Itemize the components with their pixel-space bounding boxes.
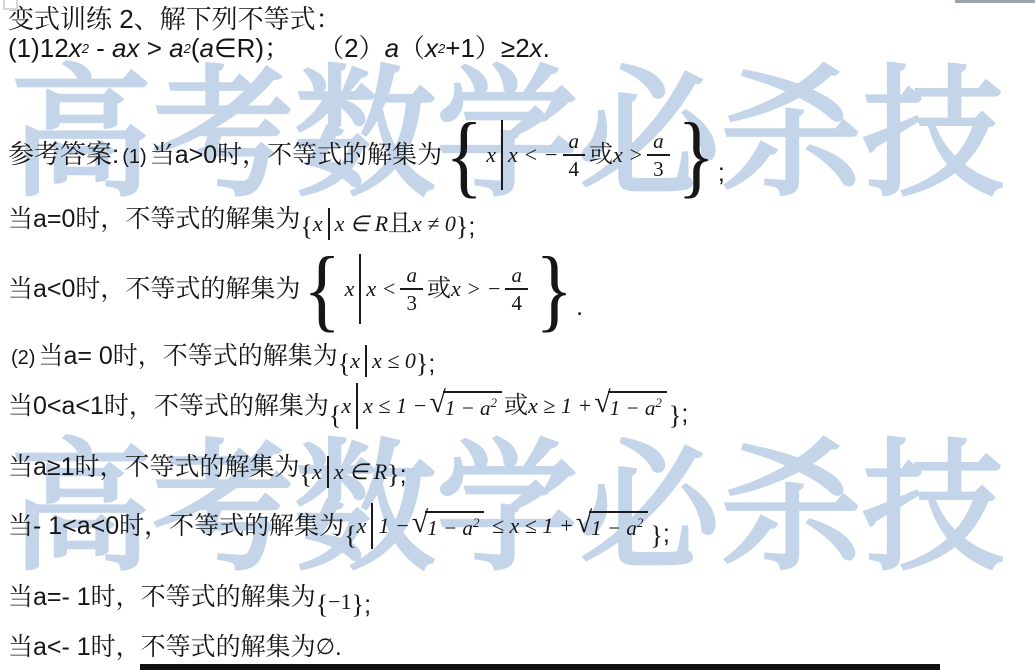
answer2-case-a-eq-0: (2) 当a= 0时，不等式的解集为 { x x ≤ 0 } ; [8,334,435,378]
denominator-4: 4 [505,288,528,316]
bottom-nav-bar [140,664,940,670]
left-brace: { [300,462,312,488]
part-tag-1: (1) [122,145,146,169]
right-brace: } [387,462,399,488]
numerator-a: a [505,262,528,288]
semicolon: ; [428,349,435,379]
set-divider-bar [356,383,358,429]
p-t8: +1）≥2 [445,33,529,64]
radicand: 1 − a2 [425,511,484,541]
numerator-a: a [563,128,586,154]
radicand: 1 − a2 [443,391,502,421]
p-t5: ∈R)； [214,33,290,64]
numerator-a: a [647,128,670,154]
radicand-text: 1 − a [445,396,491,420]
case-text: 当a=0时，不等式的解集为 [8,204,300,234]
p-t9: . [543,33,550,64]
case-text: 当a<0时，不等式的解集为 [8,274,300,304]
fraction-a-4: a4 [505,262,528,317]
sqrt-1-minus-a2: √1 − a2 [594,391,667,421]
semicolon: ; [718,158,725,188]
set-var-x: x [313,211,323,237]
var-ax: ax [112,33,139,64]
p-t6: （2） [318,33,384,64]
set-var-x: x [341,393,351,419]
one-minus: 1 − [378,513,409,539]
set-divider-bar [501,120,503,190]
set-divider-bar [327,456,329,488]
var-x: x [530,33,543,64]
answer2-case-neg1-lt-a-lt-0: 当- 1<a<0时，不等式的解集为 { x 1 − √1 − a2 ≤ x ≤ … [8,496,670,556]
right-brace: } [416,351,428,377]
exercise-heading: 变式训练 2、解下列不等式： [8,4,342,35]
solution-set: { x x ∈ R 且 x ≠ 0 } [300,208,468,240]
left-brace: { [300,214,312,240]
empty-set-symbol: ∅ [316,634,335,660]
set-divider-bar [328,208,330,240]
relation-ge: x ≥ 1 + [528,393,592,419]
relation-lt: x < [366,276,396,302]
fraction-a-4: a4 [563,128,586,183]
case-text: 当a=- 1时，不等式的解集为 [8,582,316,612]
relation-lt: x < − [508,142,558,168]
set-var-x: x [345,276,355,302]
var-x: x [425,33,438,64]
semicolon: ; [364,590,371,620]
answer2-case-a-lt-neg1: 当a<- 1时，不等式的解集为 ∅ . [8,626,342,668]
fraction-a-3: a3 [400,262,423,317]
sqrt-1-minus-a2: √1 − a2 [429,391,502,421]
case-text: 当a<- 1时，不等式的解集为 [8,632,316,662]
answer-case-a-gt-0: 参考答案: (1) 当a>0时，不等式的解集为 { x x < − a4 或 x… [8,108,725,202]
exponent-2: 2 [82,41,89,57]
denominator-3: 3 [400,288,423,316]
var-a: a [200,33,214,64]
solution-set: { −1 } [316,589,364,615]
sqrt-1-minus-a2: √1 − a2 [412,511,485,541]
set-var-x: x [350,348,360,374]
exponent-2: 2 [473,515,480,530]
exponent-2: 2 [438,41,445,57]
condition-x-le-0: x ≤ 0 [372,348,416,374]
var-a: a [169,33,183,64]
answer2-case-a-ge-1: 当a≥1时，不等式的解集为 { x x ∈ R } ; [8,444,407,490]
answer-prefix: 参考答案: [8,139,119,170]
top-left-artifact [3,0,18,10]
semicolon: ; [681,399,688,429]
numerator-a: a [400,262,423,288]
solution-set: { x 1 − √1 − a2 ≤ x ≤ 1 + √1 − a2 } [344,503,663,549]
condition-x-in-R: x ∈ R [334,459,387,485]
right-brace: } [456,214,468,240]
exponent-2: 2 [655,395,662,410]
le-x-le-one-plus: ≤ x ≤ 1 + [486,513,573,539]
fraction-a-3: a3 [647,128,670,183]
left-brace: { [344,523,356,549]
exponent-2: 2 [491,395,498,410]
set-divider-bar [359,254,361,324]
right-brace: } [352,592,364,618]
problem-statement: (1)12x2 - ax > a2(a∈R)；（2）a（x2+1）≥2x. [8,33,550,64]
left-brace: { [316,592,328,618]
radicand: 1 − a2 [589,511,648,541]
right-brace: } [669,403,681,429]
radical-sign: √ [429,388,445,418]
radical-sign: √ [594,388,610,418]
exponent-2: 2 [184,41,191,57]
answer-case-a-lt-0: 当a<0时，不等式的解集为 { x x < a3 或 x > − a4 } . [8,246,583,332]
var-a: a [385,33,399,64]
denominator-4: 4 [563,154,586,182]
radicand-text: 1 − a [591,516,637,540]
sqrt-1-minus-a2: √1 − a2 [576,511,649,541]
answer-case-a-eq-0: 当a=0时，不等式的解集为 { x x ∈ R 且 x ≠ 0 } ; [8,198,475,240]
case-text: 当a= 0时，不等式的解集为 [38,341,337,371]
left-brace: { [338,351,350,377]
case-text: 当a>0时，不等式的解集为 [150,140,442,170]
var-x: x [69,33,82,64]
semicolon: ; [663,519,670,549]
exponent-2: 2 [637,515,644,530]
set-var-x: x [486,142,496,168]
right-brace: } [650,523,662,549]
case-text: 当0<a<1时，不等式的解集为 [8,391,329,421]
solution-set: { x x ∈ R } [300,456,400,488]
solution-set: { x x ≤ 1 − √1 − a2 或 x ≥ 1 + √1 − a2 } [329,383,681,429]
heading-text: 变式训练 2、解下列不等式： [8,4,342,35]
relation-gt: x > − [451,276,501,302]
or-word: 或 [504,392,528,421]
p-t1: (1)12 [8,33,69,64]
left-brace: { [329,403,341,429]
period: . [576,292,583,322]
and-word: 且 [388,210,412,239]
condition-x-in-R: x ∈ R [335,211,388,237]
radicand: 1 − a2 [608,391,667,421]
or-word: 或 [427,275,451,304]
p-t4: ( [191,33,200,64]
semicolon: ; [400,460,407,490]
set-divider-bar [371,503,373,549]
or-word: 或 [589,141,613,170]
relation-gt: x > [613,142,643,168]
answer2-case-0-lt-a-lt-1: 当0<a<1时，不等式的解集为 { x x ≤ 1 − √1 − a2 或 x … [8,378,688,434]
set-var-x: x [357,513,367,539]
p-t2: - [89,33,112,64]
condition-x-ne-0: x ≠ 0 [412,211,456,237]
answer2-case-a-eq-neg1: 当a=- 1时，不等式的解集为 { −1 } ; [8,576,371,618]
part-tag-2: (2) [11,346,35,370]
p-t7: （ [399,33,425,64]
radicand-text: 1 − a [427,516,473,540]
semicolon: ; [468,212,475,242]
solution-set: { x x ≤ 0 } [338,345,429,377]
denominator-3: 3 [647,154,670,182]
radical-sign: √ [576,508,592,538]
radicand-text: 1 − a [610,396,656,420]
singleton-neg1: −1 [328,589,351,615]
top-right-divider [955,0,1035,3]
case-text: 当a≥1时，不等式的解集为 [8,452,300,482]
period: . [335,632,342,662]
set-var-x: x [312,459,322,485]
relation-le: x ≤ 1 − [363,393,427,419]
set-divider-bar [365,345,367,377]
radical-sign: √ [412,508,428,538]
p-t3: > [140,33,170,64]
case-text: 当- 1<a<0时，不等式的解集为 [8,511,344,541]
math-worksheet-page: 高考数学必杀技 高考数学必杀技 变式训练 2、解下列不等式： (1)12x2 -… [0,0,1035,670]
